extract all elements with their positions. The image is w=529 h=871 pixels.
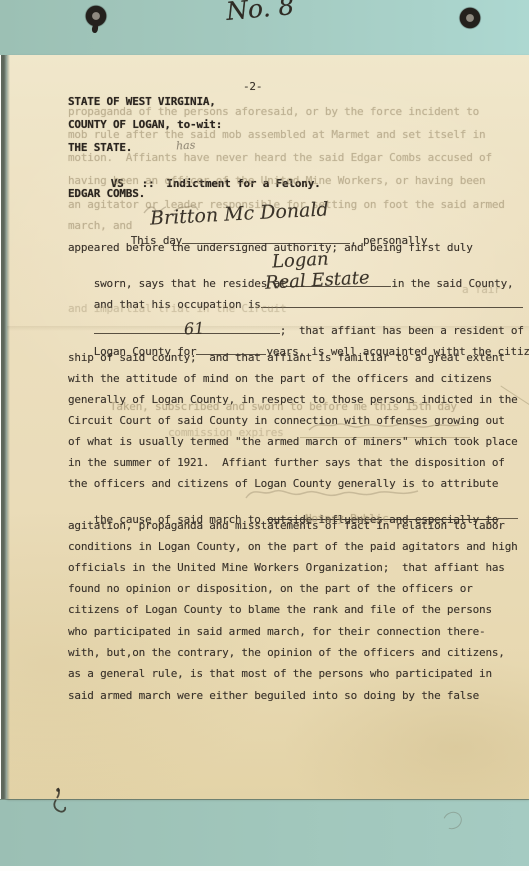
bleed-jurat-line: Taken, subscribed and sworn to before me… <box>110 400 457 413</box>
handwritten-years: 61 <box>184 318 205 338</box>
body-line: as a general rule, is that most of the p… <box>68 667 492 680</box>
bleed-line: motion. Affiants have never heard the sa… <box>68 151 492 164</box>
body-line: ship of said county; and that affiant is… <box>68 351 505 364</box>
body-line: found no opinion or disposition, on the … <box>68 582 473 595</box>
body-line: citizens of Logan County to blame the ra… <box>68 603 492 616</box>
scanner-edge-strip <box>0 866 529 871</box>
page-number: -2- <box>243 80 262 93</box>
body-line: who participated in said armed march, fo… <box>68 625 485 638</box>
paper-left-edge-shadow <box>0 55 10 799</box>
bleed-line: mob rule after the said mob assembled at… <box>68 128 485 141</box>
grommet-right-icon <box>458 6 482 30</box>
body-line: with, but,on the contrary, the opinion o… <box>68 646 505 659</box>
body-line: agitation, propaganda and misstatements … <box>68 519 505 532</box>
occupation-blank-underline <box>261 296 523 308</box>
body-line: of what is usually termed "the armed mar… <box>68 435 518 448</box>
bleed-fragment-fair: a fair <box>462 283 501 296</box>
faint-handwriting-squiggle <box>305 418 465 434</box>
body-line: with the attitude of mind on the part of… <box>68 372 492 385</box>
body-line: appeared before the undersigned authorit… <box>68 241 473 254</box>
bleed-handwritten-correction: has <box>176 139 196 153</box>
body-line: in the summer of 1921. Affiant further s… <box>68 456 505 469</box>
document-scan: No. 8 -2- STATE OF WEST VIRGINIA, propag… <box>0 0 529 871</box>
body-line: conditions in Logan County, on the part … <box>68 540 518 553</box>
ink-blot-mark <box>46 786 80 820</box>
bleed-line: having been an officer of the United Min… <box>68 174 485 187</box>
body-line: said armed march were either beguiled in… <box>68 689 479 702</box>
bleed-line: propaganda of the persons aforesaid, or … <box>68 105 479 118</box>
strike-extension <box>498 507 518 519</box>
body-line: officials in the United Mine Workers Org… <box>68 561 505 574</box>
